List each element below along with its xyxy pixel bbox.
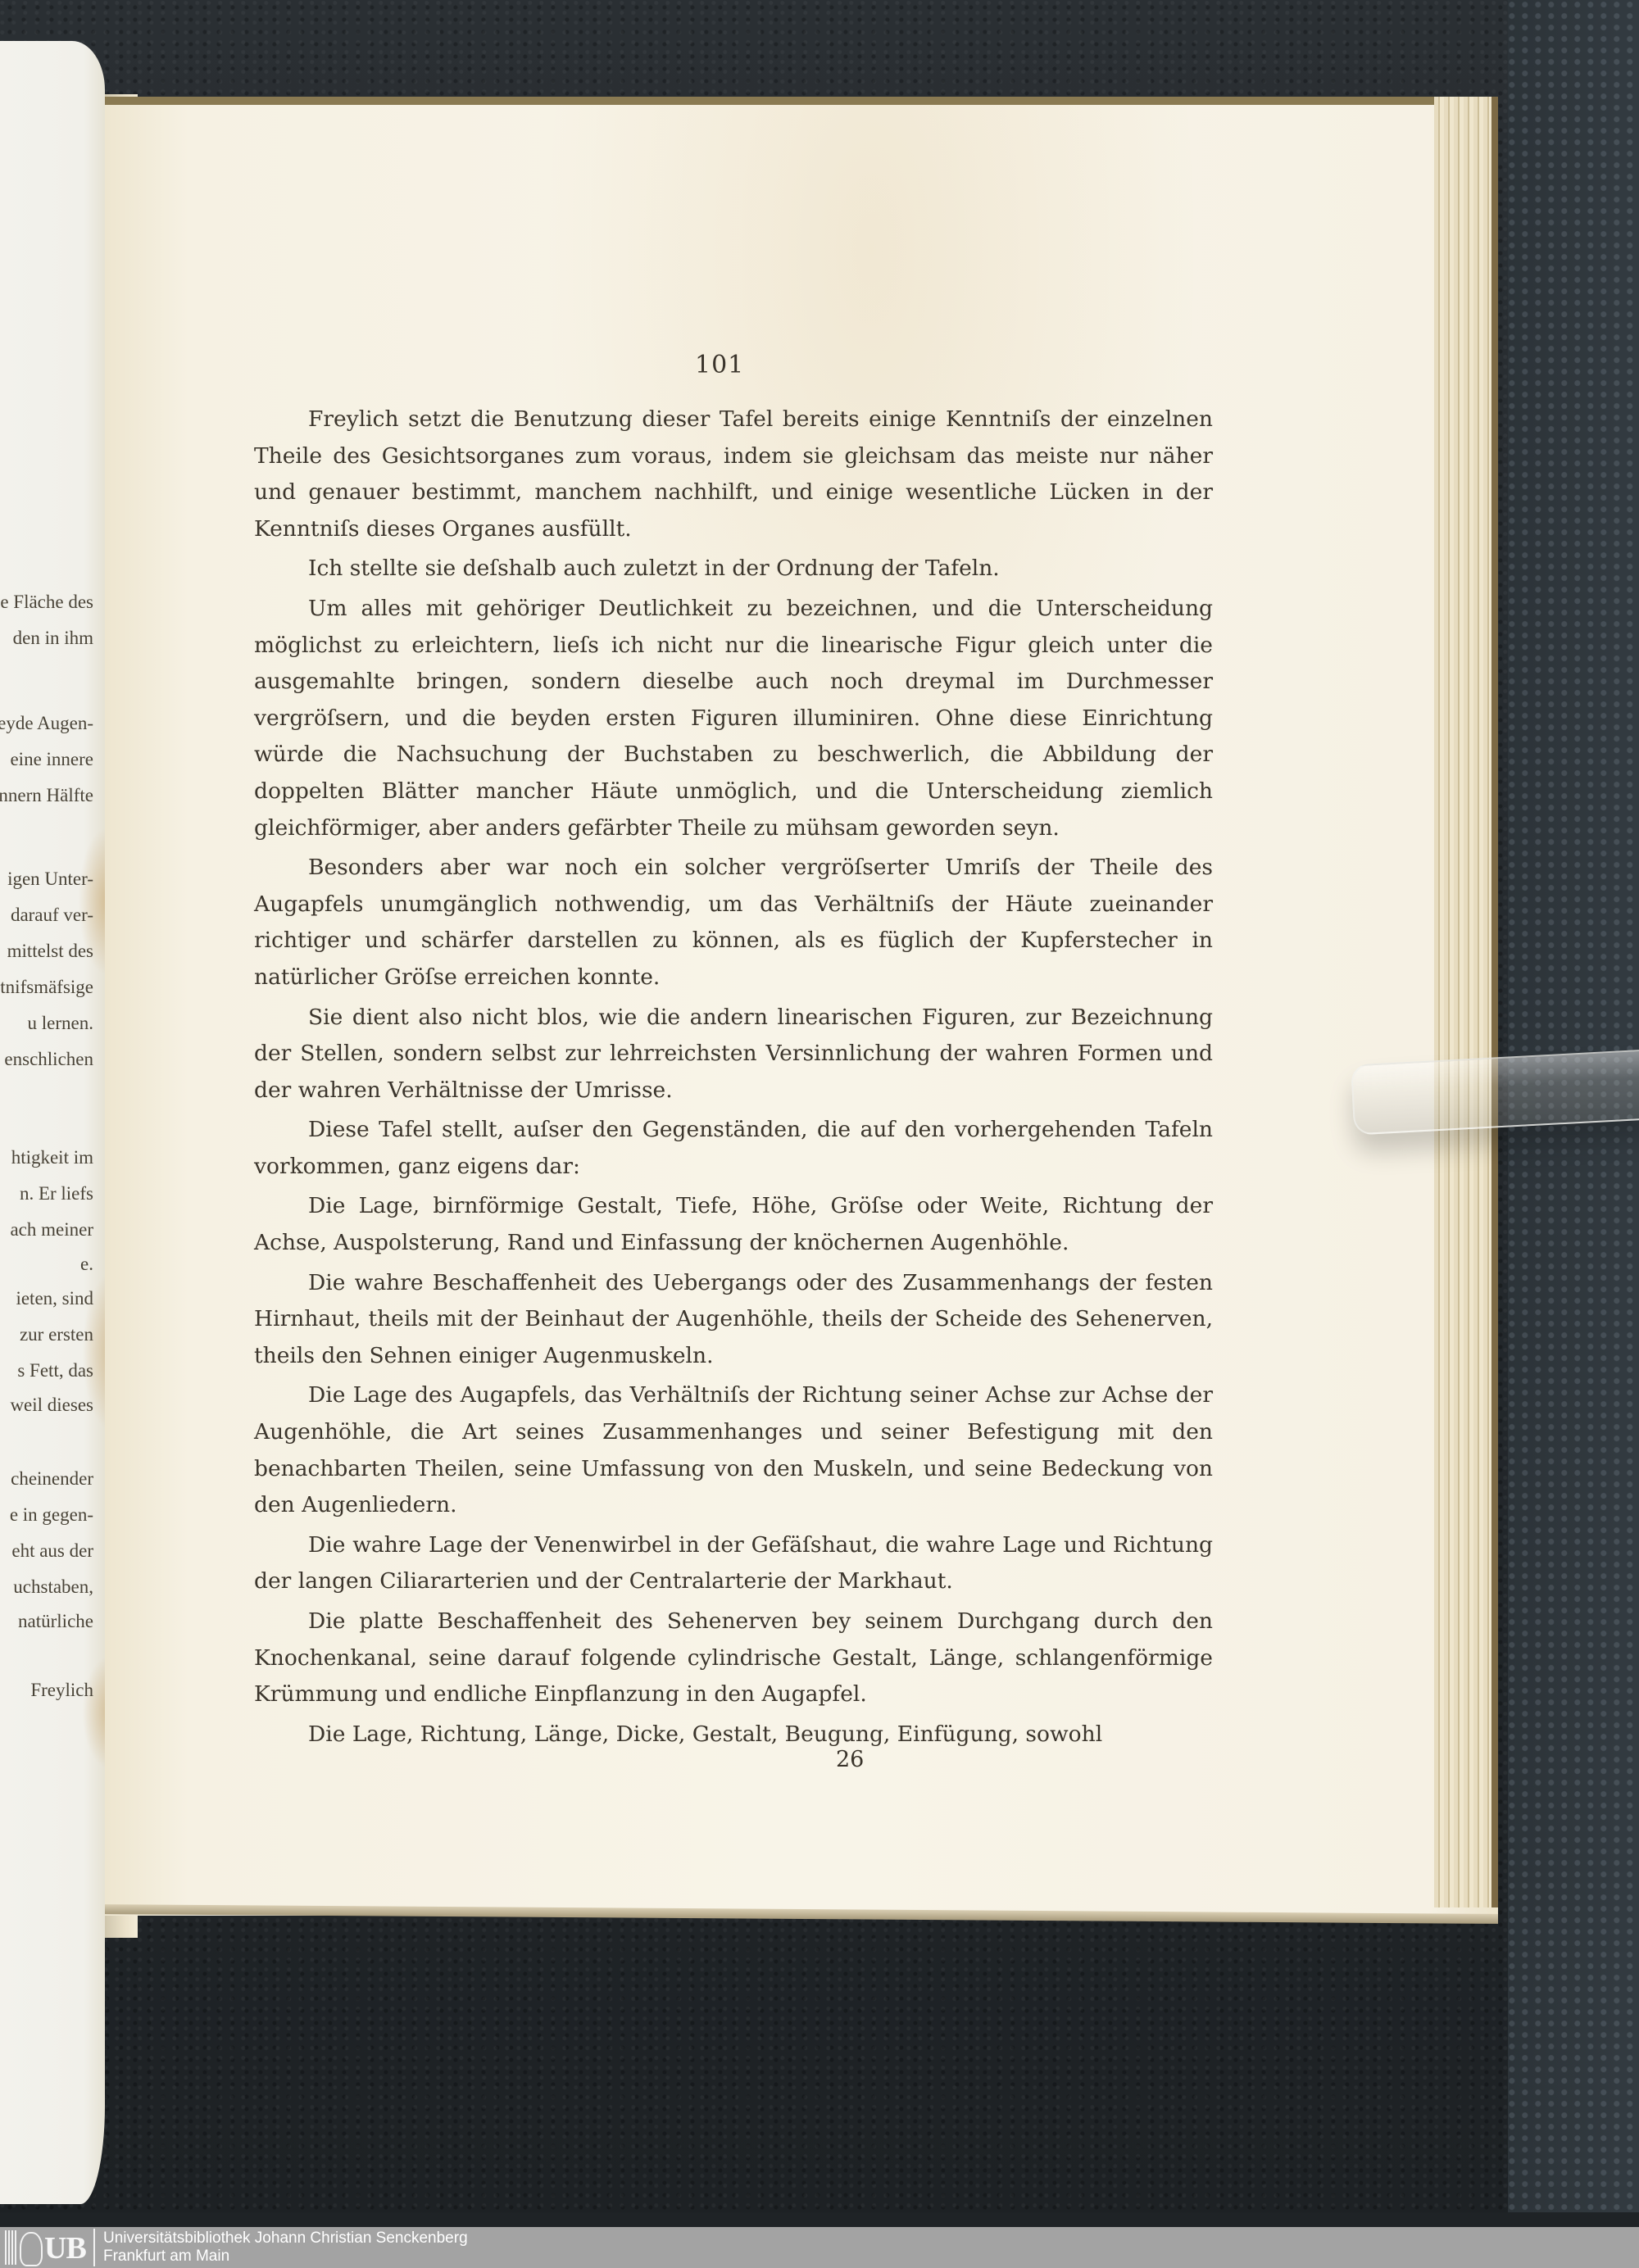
paragraph: Sie dient also nicht blos, wie die ander… [254,1000,1213,1109]
left-page-text-fragment: cheinender [11,1468,93,1490]
left-page-text-fragment: uchstaben, [13,1576,93,1598]
left-page-text-fragment: nnern Hälfte [0,785,93,806]
paragraph: Die Lage, Richtung, Länge, Dicke, Gestal… [254,1717,1213,1753]
foxing-stain [82,1655,105,1770]
left-page-text-fragment: tnifsmäfsige [0,977,93,998]
left-page-text-fragment: s Fett, das [17,1360,93,1381]
body-text: Freylich setzt die Benutzung dieser Tafe… [254,401,1213,1753]
left-page-text-fragment: htigkeit im [11,1147,93,1168]
left-page-text-fragment: mittelst des [7,941,93,962]
library-logo: UB [3,2229,95,2266]
paragraph: Um alles mit gehöriger Deutlichkeit zu b… [254,591,1213,846]
left-page-text-fragment: e. [80,1254,93,1275]
left-page-text-fragment: ne Fläche des [0,592,93,613]
glass-page-weight [1351,1050,1639,1136]
paragraph: Besonders aber war noch ein solcher verg… [254,850,1213,996]
portrait-icon [20,2232,43,2266]
left-page-text-fragment: enschlichen [4,1049,93,1070]
left-page-text-fragment: igen Unter- [7,869,93,890]
paragraph: Ich stellte sie deſshalb auch zuletzt in… [254,551,1213,587]
signature-mark: 26 [836,1747,864,1772]
book-pages-icon [5,2230,16,2265]
left-page-text-fragment: eine innere [10,749,93,770]
paragraph: Die wahre Lage der Venenwirbel in der Ge… [254,1527,1213,1600]
institution-line-2: Frankfurt am Main [103,2248,468,2266]
institution-name: Universitätsbibliothek Johann Christian … [103,2229,468,2266]
left-page-text-fragment: n. Er liefs [20,1183,93,1204]
left-page-text-fragment: ieten, sind [16,1288,93,1309]
left-page-text-fragment: e in gegen- [10,1504,93,1526]
logo-text: UB [44,2230,86,2266]
paragraph: Die Lage des Augapfels, das Verhältniſs … [254,1377,1213,1523]
footer-bar: UB Universitätsbibliothek Johann Christi… [0,2227,1639,2268]
institution-line-1: Universitätsbibliothek Johann Christian … [103,2229,468,2248]
left-page-text-fragment: u lernen. [28,1013,93,1034]
page-number: 101 [695,351,744,379]
left-page-text-fragment: natürliche [18,1611,93,1632]
left-page-text-fragment: den in ihm [13,628,93,649]
left-page-text-fragment: zur ersten [20,1324,93,1345]
paragraph: Die platte Beschaffenheit des Sehenerven… [254,1603,1213,1713]
left-page-text-fragment: ach meiner [10,1219,93,1241]
paragraph: Diese Tafel stellt, auſser den Gegenstän… [254,1112,1213,1185]
left-page-text-fragment: beyde Augen- [0,713,93,734]
left-page-fragment: ne Fläche desden in ihmbeyde Augen-eine … [0,41,105,2204]
left-page-text-fragment: eht aus der [11,1540,93,1562]
paragraph: Die Lage, birnförmige Gestalt, Tiefe, Hö… [254,1188,1213,1261]
page-fore-edge [1434,97,1498,1907]
left-page-text-fragment: Freylich [30,1680,93,1701]
paragraph: Freylich setzt die Benutzung dieser Tafe… [254,401,1213,547]
paragraph: Die wahre Beschaffenheit des Uebergangs … [254,1265,1213,1375]
left-page-text-fragment: weil dieses [10,1395,93,1416]
left-page-text-fragment: darauf ver- [11,905,93,926]
